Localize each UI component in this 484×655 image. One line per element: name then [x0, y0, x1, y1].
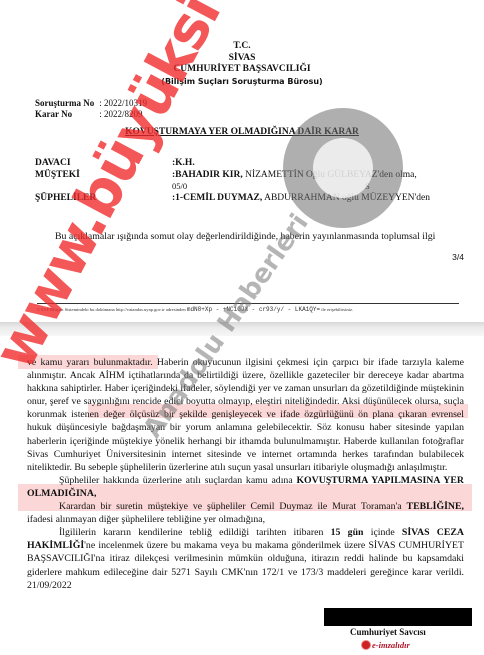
document-title: KOVUŞTURMAYA YER OLMADIĞINA DAİR KARAR — [0, 127, 484, 137]
reasoning-paragraph: ve kamu yararı bulunmaktadır. Haberin ok… — [27, 356, 464, 474]
uyap-footer: UYAP Bilişim Sistemindeki bu dokümana ht… — [37, 306, 353, 313]
notification-paragraph: Karardan bir suretin müştekiye ve şüphel… — [27, 500, 464, 526]
objection-text-e: 'ne incelenmek üzere bu makama veya bu m… — [27, 540, 464, 590]
decision-number-label: Karar No — [35, 109, 97, 120]
notification-bold: TEBLİĞİNE, — [407, 501, 464, 512]
header-bureau: (Bilişim Suçları Soruşturma Bürosu) — [0, 76, 484, 87]
no-prosecution-text: Şüpheliler hakkında üzerlerine atılı suç… — [59, 475, 296, 486]
investigation-number-label: Soruşturma No — [35, 98, 97, 109]
suspect-name: :1-CEMİL DUYMAZ, — [172, 193, 262, 203]
header-city: SİVAS — [0, 53, 484, 64]
objection-text-c: içinde — [363, 527, 401, 538]
redacted-name — [324, 608, 472, 626]
objection-days: 15 gün — [331, 527, 364, 538]
complainant-line2: 05/0 — [172, 181, 187, 192]
seal-icon — [362, 641, 370, 649]
notification-rest: ifadesi alınmayan diğer şüphelilere tebl… — [27, 514, 265, 525]
e-signature-label: e-imzalıdır — [372, 640, 410, 650]
objection-paragraph: İlgililerin kararın kendilerine tebliğ e… — [27, 526, 464, 591]
footer-suffix: ile erişebilirsiniz. — [321, 307, 353, 312]
e-signature: e-imzalıdır — [362, 640, 410, 650]
signature-title: Cumhuriyet Savcısı — [350, 627, 426, 637]
watermark-logo-inner — [313, 138, 373, 198]
header-tc: T.C. — [0, 41, 484, 52]
no-prosecution-paragraph: Şüpheliler hakkında üzerlerine atılı suç… — [27, 474, 464, 500]
plaintiff-value: :K.H. — [172, 158, 195, 169]
decision-body: ve kamu yararı bulunmaktadır. Haberin ok… — [27, 356, 464, 592]
plaintiff-label: DAVACI — [35, 158, 71, 169]
header-office: CUMHURİYET BAŞSAVCILIĞI — [0, 64, 484, 75]
complainant-name: :BAHADIR KIR, — [172, 170, 243, 180]
page-number: 3/4 — [452, 252, 464, 262]
notification-text: Karardan bir suretin müştekiye ve şüphel… — [59, 501, 407, 512]
objection-text-a: İlgililerin kararın kendilerine tebliğ e… — [59, 527, 331, 538]
